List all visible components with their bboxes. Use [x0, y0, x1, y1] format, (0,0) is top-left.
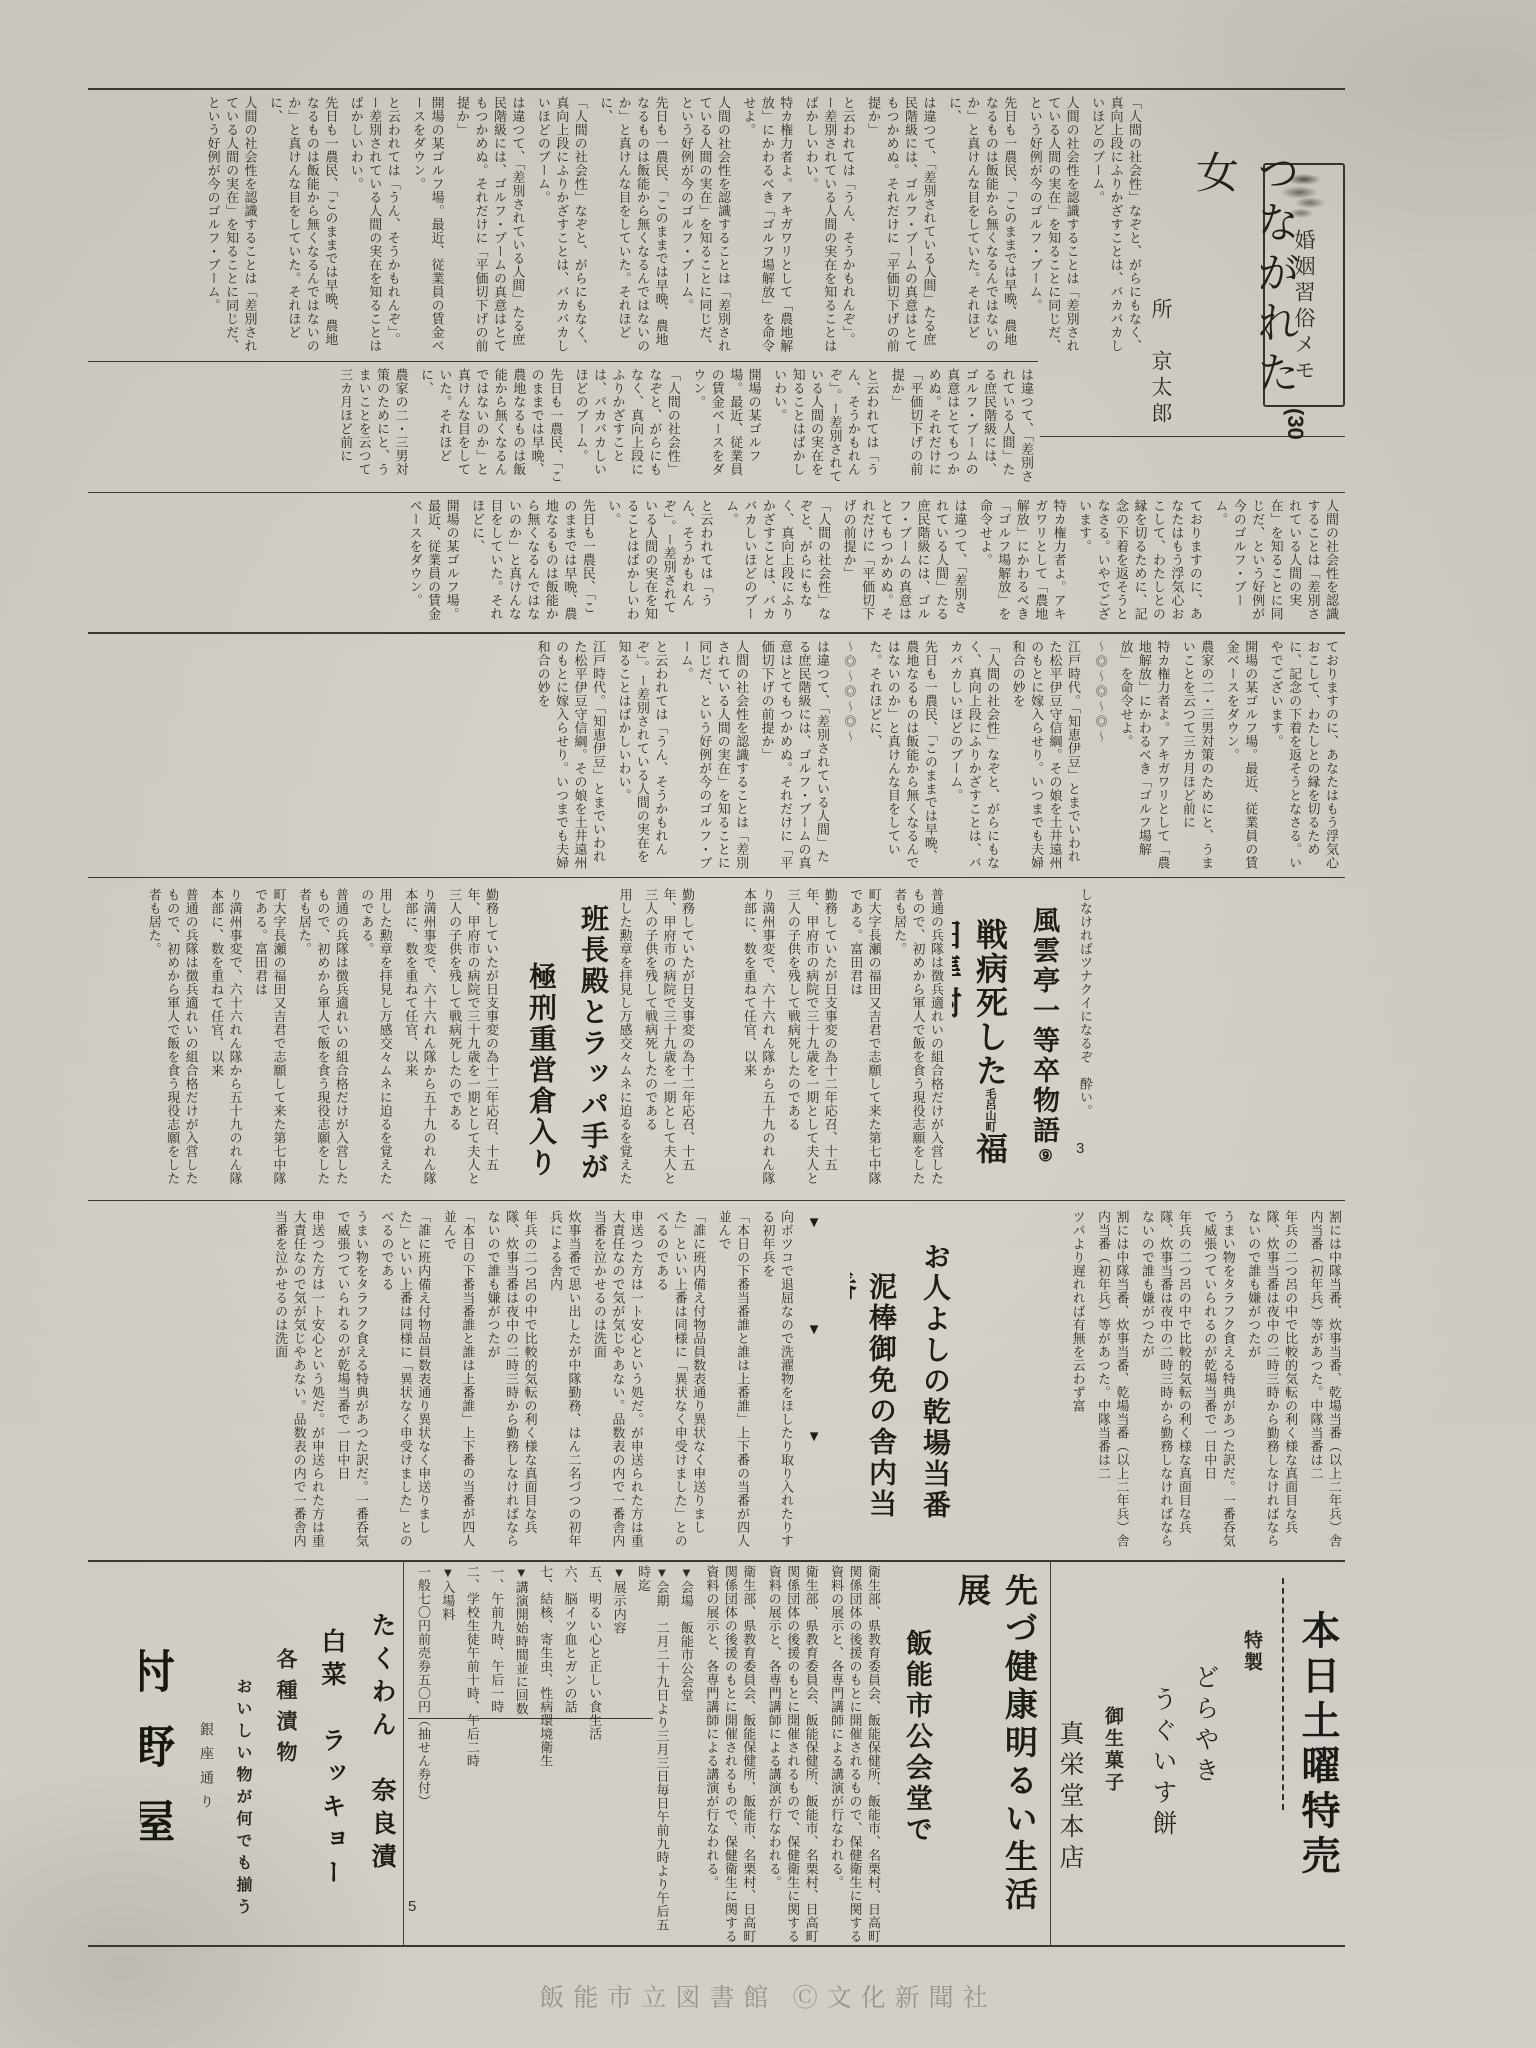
pickles-ad-items-3: 各種漬物	[270, 1590, 300, 1945]
body-column: と云われては「うん、そうかもれんぞ」。ー差別されている人間の実在を知ることはばか…	[614, 640, 669, 872]
army-body-left: 勤務していたが日支事変の為十二年応召、十五年、甲府市の病院で三十九歳を一期として…	[95, 888, 500, 1193]
body-column: 「人間の社会性」なぞと、がらにもなく、真向上段にふりかざすことは、バカバカしいほ…	[533, 96, 588, 358]
expo-schedule-item: ▼入場料	[438, 1565, 456, 1943]
health-expo-article: 先づ健康明るい生活展 飯能市公会堂で 衛生部、県教育委員会、飯能保健所、飯能市、…	[408, 1565, 1043, 1943]
page-number-left: 5	[408, 1898, 416, 1915]
body-column: 開場の某ゴルフ場。最近、従業員の賃金ベースをダウン。	[1222, 640, 1259, 872]
army-body-right: 普通の兵隊は徴兵適れいの組合格だけが入営したもので、初めから軍人で飯を食う現役志…	[700, 888, 945, 1193]
rule-top	[88, 88, 1345, 90]
body-column: 衛生部、県教育委員会、飯能保健所、飯能市、名栗村、日高町関係団体の後援のもとに開…	[702, 1565, 757, 1943]
body-column: 江戸時代。「知恵伊豆」とまでいわれた松平伊豆守信綱。その娘を土井遠州のもとに嫁入…	[1008, 640, 1082, 872]
pickles-ad-street: 銀座通り	[195, 1590, 215, 1945]
body-column: り満州事変で、六十六れん隊から五十九のれん隊本部に、数を重ねて任官、以来	[739, 888, 776, 1193]
body-column: 年兵の二つ呂の中で比較的気転の利く様な真面目な兵隊、炊事当番は夜中の二時三時から…	[483, 1210, 538, 1552]
expo-schedule-item: 一般七〇円前売券五〇円（抽せん券付）	[413, 1565, 431, 1943]
body-column: 人間の社会性を認識することは「差別されている人間の実在」を知ることに同じだ、とい…	[1211, 499, 1340, 627]
body-column: は違つて、「差別されている人間」たる庶民階級には、ゴルフ・ブームの真意はとてもつ…	[887, 368, 1035, 486]
army-body-mid: 勤務していたが日支事変の為十二年応召、十五年、甲府市の病院で三十九歳を一期として…	[618, 888, 696, 1193]
pickles-ad-slogan: おいしい物が何でも揃う	[231, 1590, 254, 1945]
expo-schedule-item: ▼講演開始時間並に回数	[511, 1565, 529, 1943]
series-number: ⑨	[1036, 1146, 1053, 1168]
body-column: 普通の兵隊は徴兵適れいの組合格だけが入営したもので、初めから軍人で飯を食う現役志…	[144, 888, 199, 1193]
body-column: 割には中隊当番、炊事当番、乾場当番（以上二年兵）舎内当番（初年兵）等があつた。中…	[1306, 1210, 1343, 1552]
duty-body-left: 向ボツコで退屈なので洗濯物をほしたり取り入れたりする初年兵を 「本日の下番当番誰…	[95, 1210, 795, 1552]
body-column: と云われては「うん、そうかもれんぞ」。ー差別されている人間の実在を知ることはばか…	[801, 96, 856, 358]
bakery-ad: 本日土曜特売 特製 どらやき うぐいす餅 御生菓子 真栄堂本店 飯能市原町 電四…	[1055, 1568, 1345, 1943]
body-column: 年兵の二つ呂の中で比較的気転の利く様な真面目な兵隊、炊事当番は夜中の二時三時から…	[1244, 1210, 1299, 1552]
pickles-ad-shop: 村野屋	[140, 1590, 181, 1945]
body-column: ておりますのに、あなたはもう浮気心おこして、わたしとの縁を切るために、記念の下着…	[1266, 640, 1340, 872]
body-column: 勤務していたが日支事変の為十二年応召、十五年、甲府市の病院で三十九歳を一期として…	[641, 888, 696, 1193]
body-column: 先日も一農民、「このままでは早晩、農地なるものは飯能から無くなるんではないのか」…	[944, 96, 1018, 358]
body-column: は違つて、「差別されている人間」たる庶民階級には、ゴルフ・ブームの真意はとてもつ…	[453, 96, 527, 358]
body-column: 「人間の社会性」なぞと、がらにもなく、真向上段にふりかざすことは、バカバカしいほ…	[1088, 96, 1143, 358]
body-column: 勤務していたが日支事変の為十二年応召、十五年、甲府市の病院で三十九歳を一期として…	[445, 888, 500, 1193]
body-column: と云われては「うん、そうかもれんぞ」。ー差別されている人間の実在を知ることはばか…	[346, 96, 401, 358]
body-column: 普通の兵隊は徴兵適れいの組合格だけが入営したもので、初めから軍人で飯を食う現役志…	[890, 888, 945, 1193]
body-column: 町大字長瀬の福田又吉君で志願して来た第七中隊である。富田君は	[251, 888, 288, 1193]
body-column: は違つて、「差別されている人間」たる庶民階級には、ゴルフ・ブームの真意はとてもつ…	[757, 640, 831, 872]
duty-headline-1: お人よしの乾場当番	[915, 1242, 955, 1542]
body-column: 農家の二・三男対策のためにと、うまいことを云つて三カ月ほど前に	[336, 368, 410, 486]
serial-band-a: 「人間の社会性」なぞと、がらにもなく、真向上段にふりかざすことは、バカバカしいほ…	[95, 96, 1143, 358]
body-column: 「誰に班内備え付物品員数表通り異状なく申送りました」といい上番は同様に「異状なく…	[652, 1210, 707, 1552]
body-column: ツパより遅れれば有無を云わず富	[1068, 1210, 1086, 1552]
body-column: 農家の二・三男対策のためにと、うまいことを云つて三カ月ほど前に	[1178, 640, 1215, 872]
serial-band-d: ておりますのに、あなたはもう浮気心おこして、わたしとの縁を切るために、記念の下着…	[95, 640, 1340, 872]
headline-kicker: 戦病死した	[972, 918, 1008, 1088]
bakery-ad-category: 御生菓子	[1099, 1568, 1126, 1943]
body-column: 申送つた方は一ト安心という処だ。が申送られた方は重大責任なので気が気じやあない。…	[271, 1210, 326, 1552]
body-column: うまい物をタラフク食える特典があつた訳だ。一番呑気で威張つていられるのが乾場当番…	[333, 1210, 370, 1552]
body-column: 炊事当番で思い出したが中隊勤務、はん二名づつの初年兵による舎内	[546, 1210, 583, 1552]
rule-band-d	[88, 877, 1345, 878]
body-column: ておりますのに、あなたはもう浮気心おこして、わたしとの縁を切るために、記念の下着…	[1075, 499, 1204, 627]
duty-body-right: 割には中隊当番、炊事当番、乾場当番（以上二年兵）舎内当番（初年兵）等があつた。中…	[958, 1210, 1343, 1552]
library-copyright-caption: 飯能市立図書館 Ⓒ文化新聞社	[0, 1978, 1536, 2014]
body-column: 「人間の社会性」なぞと、がらにもなく、真向上段にふりかざすことは、バカバカしいほ…	[946, 640, 1001, 872]
section-separator: 〜◎〜◎〜◎〜	[1092, 640, 1109, 872]
bakery-ad-banner: 本日土曜特売	[1289, 1568, 1345, 1943]
rule-band-c	[88, 632, 1345, 634]
serial-band-c: 人間の社会性を認識することは「差別されている人間の実在」を知ることに同じだ、とい…	[95, 499, 1340, 627]
body-column: と云われては「うん、そうかもれんぞ」。ー差別されている人間の実在を知ることはばか…	[604, 499, 715, 627]
series-title: 風雲亭一等卒物語	[1029, 906, 1059, 1146]
bakery-ad-item-1: どらやき	[1186, 1568, 1222, 1943]
section-separator: 〜◎〜◎〜◎〜	[841, 640, 858, 872]
body-column: 人間の社会性を認識することは「差別されている人間の実在」を知ることに同じだ、とい…	[677, 96, 732, 358]
rule-band-b	[88, 492, 1345, 493]
body-column: 用した勲章を拝見し万感交々ムネに迫るを覚えたのである。	[357, 888, 394, 1193]
newspaper-page: 婚姻習俗メモ (30 つながれた女 所 京太郎 「人間の社会性」なぞと、がらにも…	[0, 0, 1536, 2048]
body-column: 先日も一農民、「このままでは早晩、農地なるものは飯能から無くなるんではないのか」…	[266, 96, 340, 358]
body-column: 特カ権力者よ。アキガワリとして「農地解放」にかわるべき「ゴルフ場解放」を命令せよ…	[975, 499, 1067, 627]
body-column: 人間の社会性を認識することは「差別されている人間の実在」を知ることに同じだ、とい…	[676, 640, 750, 872]
body-column: 「本日の下番当番誰と誰は上番誰」上下番の当番が四人並んで	[714, 1210, 751, 1552]
body-column: は違つて、「差別されている人間」たる庶民階級には、ゴルフ・ブームの真意はとてもつ…	[864, 96, 938, 358]
body-column: 衛生部、県教育委員会、飯能保健所、飯能市、名栗村、日高町関係団体の後援のもとに開…	[764, 1565, 819, 1943]
pickles-ad: たくわん 奈良漬 白菜 ラッキョー 各種漬物 おいしい物が何でも揃う 銀座通り …	[140, 1590, 400, 1945]
body-column: 人間の社会性を認識することは「差別されている人間の実在」を知ることに同じだ、とい…	[203, 96, 258, 358]
expo-schedule-item: ▼会期 二月二十九日より三月三日毎日午前九時より午后五時迄	[634, 1565, 671, 1943]
body-column: うまい物をタラフク食える特典があつた訳だ。一番呑気で威張つていられるのが乾場当番…	[1200, 1210, 1237, 1552]
duty-headline-2: 泥棒御免の舎内当番	[850, 1242, 901, 1542]
army-series-headline: 風雲亭一等卒物語⑨	[1025, 890, 1064, 1195]
body-column: り満州事変で、六十六れん隊から五十九のれん隊本部に、数を重ねて任官、以来	[207, 888, 244, 1193]
duty-marks-column: ▼ ▼ ▼	[810, 1215, 840, 1555]
body-column: 開場の某ゴルフ場。最近、従業員の賃金ベースをダウン。	[405, 499, 460, 627]
bakery-ad-dashed-rule	[1282, 1578, 1284, 1810]
body-column: 普通の兵隊は徴兵適れいの組合格だけが入営したもので、初めから軍人で飯を食う現役志…	[294, 888, 349, 1193]
expo-schedule-item: 七、結核、寄生虫、性病環境衛生	[536, 1565, 554, 1943]
army-sub-headline-block: 班長殿とラッパ手が 極刑重営倉入り	[515, 890, 613, 1190]
body-column: 先日も一農民、「このままでは早晩、農地なるものは飯能から無くなるんではないのか」…	[417, 368, 565, 486]
rule-band-e	[88, 1200, 1345, 1201]
body-column: 先日も一農民、「このままでは早晩、農地なるものは飯能から無くなるんではないのか」…	[865, 640, 939, 872]
expo-headline-2: 飯能市公会堂で	[898, 1565, 937, 1943]
body-column: は違つて、「差別されている人間」たる庶民階級には、ゴルフ・ブームの真意はとてもつ…	[839, 499, 968, 627]
rule-band-a	[88, 361, 1038, 362]
pickles-ad-items-2: 白菜 ラッキョー	[314, 1590, 350, 1945]
rule-bottom	[88, 1945, 1345, 1947]
body-column: 開場の某ゴルフ場。最近、従業員の賃金ベースをダウン。	[409, 96, 446, 358]
body-column: 年兵の二つ呂の中で比較的気転の利く様な真面目な兵隊、炊事当番は夜中の二時三時から…	[1137, 1210, 1192, 1552]
body-column: 人間の社会性を認識することは「差別されている人間の実在」を知ることに同じだ、とい…	[1025, 96, 1080, 358]
serial-article-byline: 所 京太郎	[1146, 298, 1176, 438]
body-column: 「誰に班内備え付物品員数表通り異状なく申送りました」といい上番は同様に「異状なく…	[377, 1210, 432, 1552]
rule-ads-right	[1050, 1562, 1051, 1945]
body-column: しなければツナクイになるぞ 酔い。	[1076, 888, 1094, 1128]
bakery-ad-shop: 真栄堂本店	[1055, 1568, 1087, 1943]
expo-headline-1: 先づ健康明るい生活展	[949, 1565, 1043, 1943]
pickles-ad-items-1: たくわん 奈良漬	[364, 1590, 400, 1945]
body-column: 先日も一農民、「このままでは早晩、農地なるものは飯能から無くなるんではないのか」…	[468, 499, 597, 627]
expo-schedule-item: 五、明るい心と正しい食生活	[585, 1565, 603, 1943]
expo-schedule-item: 一、午前九時、午后一時	[487, 1565, 505, 1943]
body-column: 勤務していたが日支事変の為十二年応召、十五年、甲府市の病院で三十九歳を一期として…	[783, 888, 838, 1193]
body-column: 町大字長瀬の福田又吉君で志願して来た第七中隊である。富田君は	[846, 888, 883, 1193]
body-column: 衛生部、県教育委員会、飯能保健所、飯能市、名栗村、日高町関係団体の後援のもとに開…	[827, 1565, 882, 1943]
body-column: 向ボツコで退屈なので洗濯物をほしたり取り入れたりする初年兵を	[758, 1210, 795, 1552]
body-column: 特カ権力者よ。アキガワリとして「農地解放」にかわるべき「ゴルフ場解放」を命令せよ…	[739, 96, 794, 358]
body-column: 先日も一農民、「このままでは早晩、農地なるものは飯能から無くなるんではないのか」…	[596, 96, 670, 358]
bakery-ad-item-2: うぐいす餅	[1144, 1568, 1180, 1943]
rule-ads-left	[403, 1562, 404, 1945]
army-sub-headline-1: 班長殿とラッパ手が	[573, 890, 613, 1190]
serial-band-b: は違つて、「差別されている人間」たる庶民階級には、ゴルフ・ブームの真意はとてもつ…	[95, 368, 1035, 486]
body-column: 「本日の下番当番誰と誰は上番誰」上下番の当番が四人並んで	[439, 1210, 476, 1552]
page-number-right: 3	[1076, 1140, 1084, 1157]
body-column: り満州事変で、六十六れん隊から五十九のれん隊本部に、数を重ねて任官、以来	[401, 888, 438, 1193]
body-column: 開場の某ゴルフ場。最近、従業員の賃金ベースをダウン。	[689, 368, 763, 486]
army-headline-block: 風雲亭一等卒物語⑨ 戦病死した毛呂山町福田準尉	[952, 890, 1064, 1195]
body-column: 特カ権力者よ。アキガワリとして「農地解放」にかわるべき「ゴルフ場解放」を命令せよ…	[1116, 640, 1171, 872]
triangle-markers: ▼ ▼ ▼	[810, 1215, 825, 1555]
bakery-ad-label: 特製	[1238, 1568, 1265, 1943]
body-column: と云われては「うん、そうかもれんぞ」。ー差別されている人間の実在を知ることはばか…	[770, 368, 881, 486]
army-sub-headline-2: 極刑重営倉入り	[521, 890, 561, 1190]
expo-schedule-item: ▼展示内容	[609, 1565, 627, 1943]
expo-schedule-item: 二、学校生徒午前十時、午后二時	[462, 1565, 480, 1943]
body-column: 江戸時代。「知恵伊豆」とまでいわれた松平伊豆守信綱。その娘を土井遠州のもとに嫁入…	[533, 640, 607, 872]
body-column: 用した勲章を拝見し万感交々ムネに迫るを覚えたのである。	[618, 888, 634, 1193]
expo-schedule-item: 六、脳イツ血とガンの話	[560, 1565, 578, 1943]
army-main-headline: 戦病死した毛呂山町福田準尉	[952, 890, 1013, 1195]
rule-band-f	[88, 1560, 1345, 1562]
duty-headline-block: お人よしの乾場当番 泥棒御免の舎内当番	[850, 1242, 955, 1542]
body-column: 申送つた方は一ト安心という処だ。が申送られた方は重大責任なので気が気じやあない。…	[589, 1210, 644, 1552]
serial-article-title: つながれた女	[1183, 150, 1305, 430]
body-column: 「人間の社会性」なぞと、がらにもなく、真向上段にふりかざすことは、バカバカしいほ…	[722, 499, 833, 627]
headline-place: 毛呂山町	[984, 1088, 996, 1132]
army-fragment-column: しなければツナクイになるぞ 酔い。	[1068, 888, 1094, 1128]
body-column: 割には中隊当番、炊事当番、乾場当番（以上二年兵）舎内当番（初年兵）等があつた。中…	[1094, 1210, 1131, 1552]
expo-schedule-item: ▼会場 飯能市公会堂	[676, 1565, 694, 1943]
body-column: 「人間の社会性」なぞと、がらにもなく、真向上段にふりかざすことは、バカバカしいほ…	[571, 368, 682, 486]
